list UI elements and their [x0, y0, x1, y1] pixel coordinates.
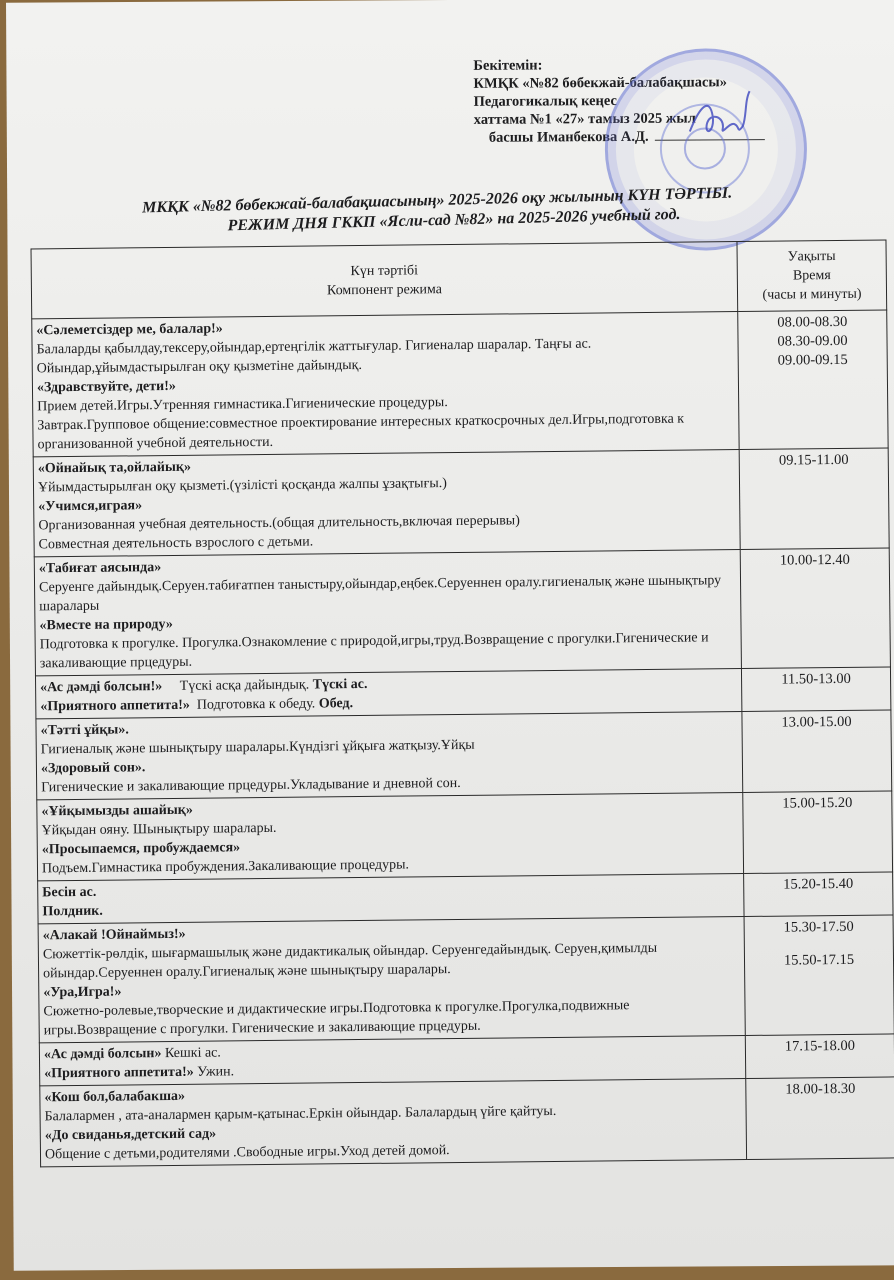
table-row: «Ойнайық та,ойлайық»Ұйымдастырылған оқу …: [33, 448, 889, 557]
time-cell: 13.00-15.00: [742, 710, 892, 793]
activity-line: Подготовка к прогулке. Прогулка.Ознакомл…: [40, 628, 737, 673]
time-range: 09.00-09.15: [743, 351, 883, 371]
activity-text-part: «Ас дәмді болсын»: [44, 1046, 162, 1062]
activity-cell: Бесін ас.Полдник.: [38, 874, 744, 924]
time-range: 13.00-15.00: [746, 713, 886, 733]
time-range: 09.15-11.00: [744, 451, 884, 471]
time-cell: 15.20-15.40: [744, 872, 893, 917]
activity-cell: «Алакай !Ойнаймыз!» Сюжеттік-рөлдік, шығ…: [38, 917, 745, 1043]
time-range: 15.50-17.15: [749, 950, 889, 970]
activity-cell: «Сәлеметсіздер ме, балалар!»Балаларды қа…: [32, 312, 739, 457]
time-range: 10.00-12.40: [745, 551, 885, 571]
time-cell: 10.00-12.40: [740, 548, 890, 669]
time-range: 18.00-18.30: [750, 1079, 890, 1099]
activity-text-part: Кешкі ас.: [161, 1045, 221, 1061]
header-time-unit: (часы и минуты): [742, 285, 882, 305]
header-time-ru: Время: [742, 266, 882, 286]
activity-text-part: Түскі асқа дайындық.: [162, 678, 313, 695]
time-range: 15.00-15.20: [747, 793, 887, 813]
activity-cell: «Табиғат аясында»Серуенге дайындық.Серуе…: [34, 550, 741, 676]
header-time: Уақыты Время (часы и минуты): [737, 240, 887, 312]
time-range: 15.30-17.50: [749, 917, 889, 937]
schedule-body: «Сәлеметсіздер ме, балалар!»Балаларды қа…: [32, 310, 894, 1167]
activity-cell: «Ас дәмді болсын!» Түскі асқа дайындық. …: [35, 669, 741, 719]
document-page: Бекітемін: КМҚК «№82 бөбекжай-балабақшас…: [6, 0, 894, 1271]
spacer: [749, 936, 889, 951]
time-cell: 11.50-13.00: [741, 667, 890, 712]
time-range: 08.00-08.30: [742, 313, 882, 333]
activity-line: Сюжетно-ролевые,творческие и дидактическ…: [43, 995, 740, 1040]
time-cell: 15.00-15.20: [743, 791, 893, 874]
table-row: «Кош бол,балабакша»Балалармен , ата-анал…: [40, 1077, 894, 1167]
activity-cell: «Ас дәмді болсын» Кешкі ас.«Приятного ап…: [39, 1035, 745, 1085]
table-row: «Табиғат аясында»Серуенге дайындық.Серуе…: [34, 548, 890, 676]
activity-line: Завтрак.Групповое общение:совместное про…: [37, 409, 734, 454]
table-row: «Тәтті ұйқы».Гигиеналық және шынықтыру ш…: [36, 710, 892, 800]
table-header-row: Күн тәртібі Компонент режима Уақыты Врем…: [31, 240, 887, 319]
activity-text-part: Ужин.: [194, 1064, 234, 1079]
table-row: «Сәлеметсіздер ме, балалар!»Балаларды қа…: [32, 310, 888, 457]
time-cell: 09.15-11.00: [739, 448, 889, 550]
time-cell: 17.15-18.00: [745, 1034, 894, 1079]
time-cell: 08.00-08.3008.30-09.0009.00-09.15: [738, 310, 888, 450]
header-component: Күн тәртібі Компонент режима: [31, 242, 738, 319]
activity-cell: «Ұйқымызды ашайық»Ұйқыдан ояну. Шынықтыр…: [37, 793, 744, 881]
time-range: 08.30-09.00: [742, 332, 882, 352]
signature-icon: [685, 86, 755, 146]
activity-cell: «Ойнайық та,ойлайық»Ұйымдастырылған оқу …: [33, 450, 740, 557]
activity-text-part: «Приятного аппетита!»: [40, 698, 190, 715]
time-cell: 15.30-17.5015.50-17.15: [744, 915, 894, 1036]
time-range: 15.20-15.40: [748, 874, 888, 894]
time-cell: 18.00-18.30: [746, 1077, 894, 1160]
activity-text-part: Обед.: [319, 696, 353, 711]
time-range: 17.15-18.00: [750, 1036, 890, 1056]
daily-schedule-table: Күн тәртібі Компонент режима Уақыты Врем…: [31, 239, 894, 1167]
activity-text-part: «Ас дәмді болсын!»: [40, 679, 162, 695]
activity-text-part: Подготовка к обеду.: [190, 696, 319, 712]
time-range: 11.50-13.00: [746, 670, 886, 690]
activity-text-part: «Приятного аппетита!»: [44, 1065, 194, 1082]
activity-cell: «Кош бол,балабакша»Балалармен , ата-анал…: [40, 1078, 747, 1166]
header-time-kz: Уақыты: [742, 247, 882, 267]
activity-cell: «Тәтті ұйқы».Гигиеналық және шынықтыру ш…: [36, 712, 743, 800]
table-row: «Ұйқымызды ашайық»Ұйқыдан ояну. Шынықтыр…: [37, 791, 893, 881]
activity-text-part: Түскі ас.: [313, 677, 368, 693]
table-row: «Алакай !Ойнаймыз!» Сюжеттік-рөлдік, шығ…: [38, 915, 894, 1043]
